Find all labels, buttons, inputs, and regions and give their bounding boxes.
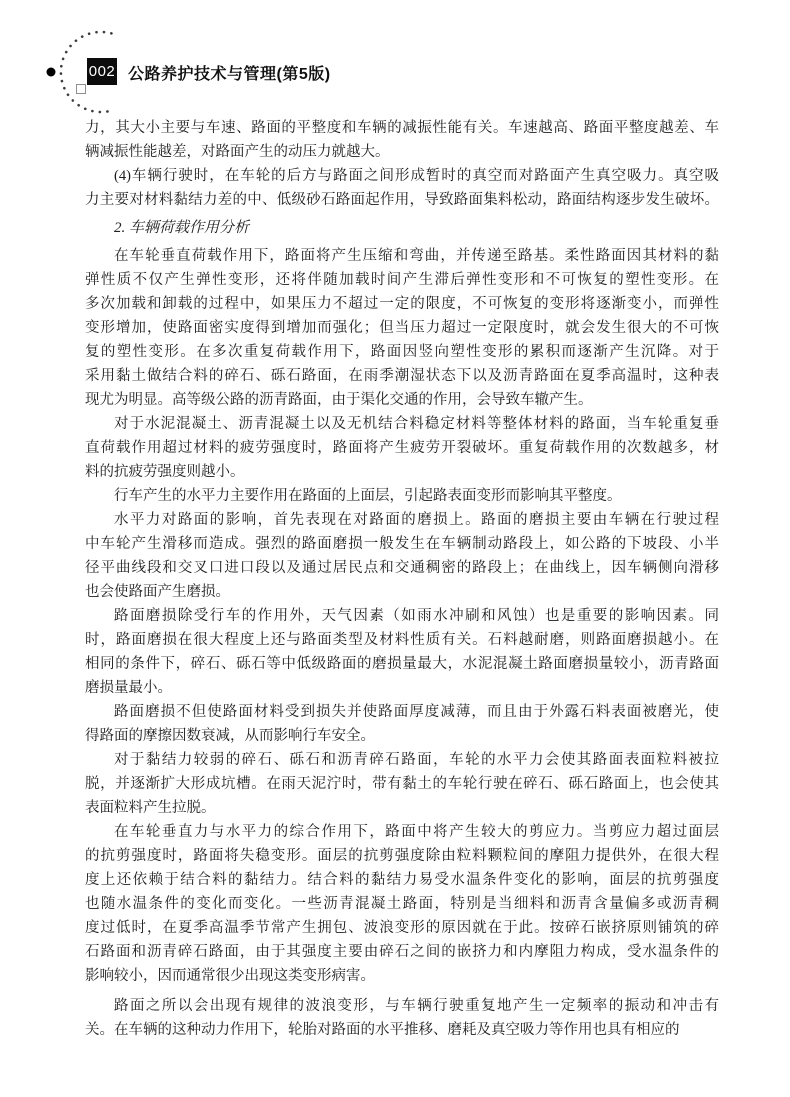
text-line: 也会使路面产生磨损。 bbox=[85, 580, 719, 604]
text-line: 在车轮垂直荷载作用下，路面将产生压缩和弯曲，并传递至路基。柔性路面因其材料的黏 bbox=[85, 244, 719, 268]
text-line: 径平曲线段和交叉口进口段以及通过居民点和交通稠密的路段上；在曲线上，因车辆侧向滑… bbox=[85, 556, 719, 580]
text-line: 辆减振性能越差，对路面产生的动压力就越大。 bbox=[85, 140, 719, 164]
text-line: 路面磨损除受行车的作用外，天气因素（如雨水冲刷和风蚀）也是重要的影响因素。同 bbox=[85, 604, 719, 628]
text-line: 在车轮垂直力与水平力的综合作用下，路面中将产生较大的剪应力。当剪应力超过面层 bbox=[85, 820, 719, 844]
text-line: 脱，并逐渐扩大形成坑槽。在雨天泥泞时，带有黏土的车轮行驶在碎石、砾石路面上，也会… bbox=[85, 772, 719, 796]
text-line: 复的塑性变形。在多次重复荷载作用下，路面因竖向塑性变形的累积而逐渐产生沉降。对于 bbox=[85, 340, 719, 364]
paragraph: 在车轮垂直力与水平力的综合作用下，路面中将产生较大的剪应力。当剪应力超过面层的抗… bbox=[85, 820, 719, 988]
text-line: 料的抗疲劳强度则越小。 bbox=[85, 460, 719, 484]
text-line: 也随水温条件的变化而变化。一些沥青混凝土路面，特别是当细料和沥青含量偏多或沥青稠 bbox=[85, 892, 719, 916]
text-line: 的抗剪强度时，路面将失稳变形。面层的抗剪强度除由粒料颗粒间的摩阻力提供外，在很大… bbox=[85, 844, 719, 868]
text-line: 路面之所以会出现有规律的波浪变形，与车辆行驶重复地产生一定频率的振动和冲击有 bbox=[85, 994, 719, 1018]
paragraph: 水平力对路面的影响，首先表现在对路面的磨损上。路面的磨损主要由车辆在行驶过程中车… bbox=[85, 508, 719, 604]
page-number-badge: 002 bbox=[87, 58, 117, 85]
text-line: 力，其大小主要与车速、路面的平整度和车辆的减振性能有关。车速越高、路面平整度越差… bbox=[85, 116, 719, 140]
book-page: 002 公路养护技术与管理(第5版) 力，其大小主要与车速、路面的平整度和车辆的… bbox=[0, 0, 790, 1097]
paragraph: 路面磨损不但使路面材料受到损失并使路面厚度减薄，而且由于外露石料表面被磨光，使得… bbox=[85, 700, 719, 748]
paragraph: 对于黏结力较弱的碎石、砾石和沥青碎石路面，车轮的水平力会使其路面表面粒料被拉脱，… bbox=[85, 748, 719, 820]
text-line: 关。在车辆的这种动力作用下，轮胎对路面的水平推移、磨耗及真空吸力等作用也具有相应… bbox=[85, 1018, 719, 1042]
bullet-dot-icon bbox=[47, 68, 56, 77]
text-line: 对于黏结力较弱的碎石、砾石和沥青碎石路面，车轮的水平力会使其路面表面粒料被拉 bbox=[85, 748, 719, 772]
text-line: 时，路面磨损在很大程度上还与路面类型及材料性质有关。石料越耐磨，则路面磨损越小。… bbox=[85, 628, 719, 652]
corner-square-decoration bbox=[76, 84, 86, 94]
paragraph: 路面磨损除受行车的作用外，天气因素（如雨水冲刷和风蚀）也是重要的影响因素。同时，… bbox=[85, 604, 719, 700]
text-line: 水平力对路面的影响，首先表现在对路面的磨损上。路面的磨损主要由车辆在行驶过程 bbox=[85, 508, 719, 532]
text-line: 直荷载作用超过材料的疲劳强度时，路面将产生疲劳开裂破坏。重复荷载作用的次数越多，… bbox=[85, 436, 719, 460]
paragraph: 对于水泥混凝土、沥青混凝土以及无机结合料稳定材料等整体材料的路面，当车轮重复垂直… bbox=[85, 412, 719, 484]
text-line: 相同的条件下，碎石、砾石等中低级路面的磨损量最大，水泥混凝土路面磨损量较小，沥青… bbox=[85, 652, 719, 676]
section-heading: 2. 车辆荷载作用分析 bbox=[85, 216, 719, 240]
text-line: 采用黏土做结合料的碎石、砾石路面，在雨季潮湿状态下以及沥青路面在夏季高温时，这种… bbox=[85, 364, 719, 388]
paragraph: 力，其大小主要与车速、路面的平整度和车辆的减振性能有关。车速越高、路面平整度越差… bbox=[85, 116, 719, 164]
text-line: 现尤为明显。高等级公路的沥青路面，由于渠化交通的作用，会导致车辙产生。 bbox=[85, 388, 719, 412]
text-line: 多次加载和卸载的过程中，如果压力不超过一定的限度，不可恢复的变形将逐渐变小，而弹… bbox=[85, 292, 719, 316]
text-line: 行车产生的水平力主要作用在路面的上面层，引起路表面变形而影响其平整度。 bbox=[85, 484, 719, 508]
text-line: 力主要对材料黏结力差的中、低级砂石路面起作用，导致路面集料松动，路面结构逐步发生… bbox=[85, 188, 719, 212]
text-line: (4)车辆行驶时，在车轮的后方与路面之间形成暂时的真空而对路面产生真空吸力。真空… bbox=[85, 164, 719, 188]
text-line: 得路面的摩擦因数衰减，从而影响行车安全。 bbox=[85, 724, 719, 748]
heading-line: 2. 车辆荷载作用分析 bbox=[85, 216, 719, 240]
text-line: 度过低时，在夏季高温季节常产生拥包、波浪变形的原因就在于此。按碎石嵌挤原则铺筑的… bbox=[85, 916, 719, 940]
text-line: 中车轮产生滑移而造成。强烈的路面磨损一般发生在车辆制动路段上，如公路的下坡段、小… bbox=[85, 532, 719, 556]
text-line: 对于水泥混凝土、沥青混凝土以及无机结合料稳定材料等整体材料的路面，当车轮重复垂 bbox=[85, 412, 719, 436]
text-line: 表面粒料产生拉脱。 bbox=[85, 796, 719, 820]
text-line: 石路面和沥青碎石路面，由于其强度主要由碎石之间的嵌挤力和内摩阻力构成，受水温条件… bbox=[85, 940, 719, 964]
text-line: 路面磨损不但使路面材料受到损失并使路面厚度减薄，而且由于外露石料表面被磨光，使 bbox=[85, 700, 719, 724]
text-line: 磨损量最小。 bbox=[85, 676, 719, 700]
paragraph: (4)车辆行驶时，在车轮的后方与路面之间形成暂时的真空而对路面产生真空吸力。真空… bbox=[85, 164, 719, 212]
text-line: 弹性质不仅产生弹性变形，还将伴随加载时间产生滞后弹性变形和不可恢复的塑性变形。在 bbox=[85, 268, 719, 292]
paragraph: 在车轮垂直荷载作用下，路面将产生压缩和弯曲，并传递至路基。柔性路面因其材料的黏弹… bbox=[85, 244, 719, 412]
paragraph: 路面之所以会出现有规律的波浪变形，与车辆行驶重复地产生一定频率的振动和冲击有关。… bbox=[85, 994, 719, 1042]
paragraph: 行车产生的水平力主要作用在路面的上面层，引起路表面变形而影响其平整度。 bbox=[85, 484, 719, 508]
book-title: 公路养护技术与管理(第5版) bbox=[128, 61, 331, 84]
page-body-text: 力，其大小主要与车速、路面的平整度和车辆的减振性能有关。车速越高、路面平整度越差… bbox=[85, 116, 719, 1042]
text-line: 影响较小，因而通常很少出现这类变形病害。 bbox=[85, 964, 719, 988]
text-line: 度上还依赖于结合料的黏结力。结合料的黏结力易受水温条件变化的影响，面层的抗剪强度 bbox=[85, 868, 719, 892]
text-line: 变形增加，使路面密实度得到增加而强化；但当压力超过一定限度时，就会发生很大的不可… bbox=[85, 316, 719, 340]
